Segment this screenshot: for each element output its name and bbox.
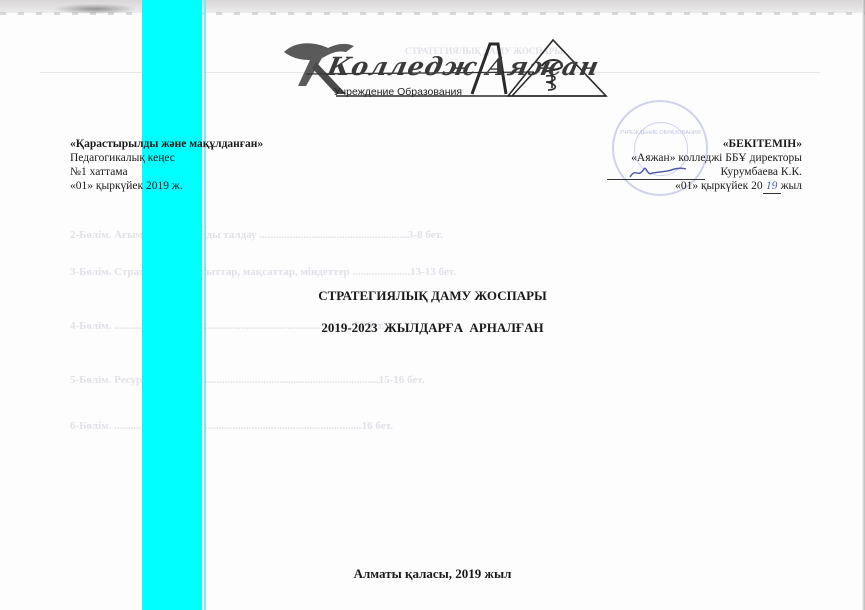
signature-icon <box>628 163 688 188</box>
approval-left-heading: «Қарастырылды және мақұлданған» <box>70 137 263 151</box>
approval-left-line: Педагогикалық кеңес <box>70 151 263 165</box>
approval-left-line: «01» қыркүйек 2019 ж. <box>70 179 263 193</box>
ghost-line: 6-Бөлім. ...............................… <box>70 420 393 432</box>
stamp-text: УЧРЕЖДЕНИЕ ОБРАЗОВАНИЯ <box>614 130 706 137</box>
approval-block-left: «Қарастырылды және мақұлданған» Педагоги… <box>70 137 263 193</box>
scanner-smudge <box>55 4 135 14</box>
ghost-line: 2-Бөлім. Ағымдағы жағдайды талдау ......… <box>70 229 443 241</box>
document-title: СТРАТЕГИЯЛЫҚ ДАМУ ЖОСПАРЫ <box>0 288 865 304</box>
date-suffix: жыл <box>781 180 802 192</box>
handwritten-year: 19 <box>763 179 781 194</box>
highlight-edge-line <box>204 0 206 610</box>
highlight-band <box>142 0 202 610</box>
stamp-center-text: УЧРЕЖДЕНИЕ ОБРАЗОВАНИЯ <box>614 130 706 137</box>
document-subtitle: 2019-2023 ЖЫЛДАРҒА АРНАЛҒАН <box>0 320 865 336</box>
approval-right-heading: «БЕКІТЕМІН» <box>631 137 802 151</box>
logo-subtitle: Учреждение Образования <box>334 86 462 98</box>
document-footer: Алматы қаласы, 2019 жыл <box>0 566 865 582</box>
ghost-line: 5-Бөлім. Ресурстар .....................… <box>70 374 425 386</box>
approval-left-line: №1 хаттама <box>70 165 263 179</box>
college-logo: Колледж Аяжан Учреждение Образования <box>276 38 608 100</box>
date-prefix: «01» қыркүйек 20 <box>675 180 763 192</box>
ghost-line: 3-Бөлім. Стратегиялық бағыттар, мақсатта… <box>70 266 456 278</box>
logo-name: Колледж Аяжан <box>325 52 602 81</box>
document-page: СТРАТЕГИЯЛЫҚ ДАМУ ЖОСПАРЫ 2-Бөлім. Ағымд… <box>0 0 865 610</box>
